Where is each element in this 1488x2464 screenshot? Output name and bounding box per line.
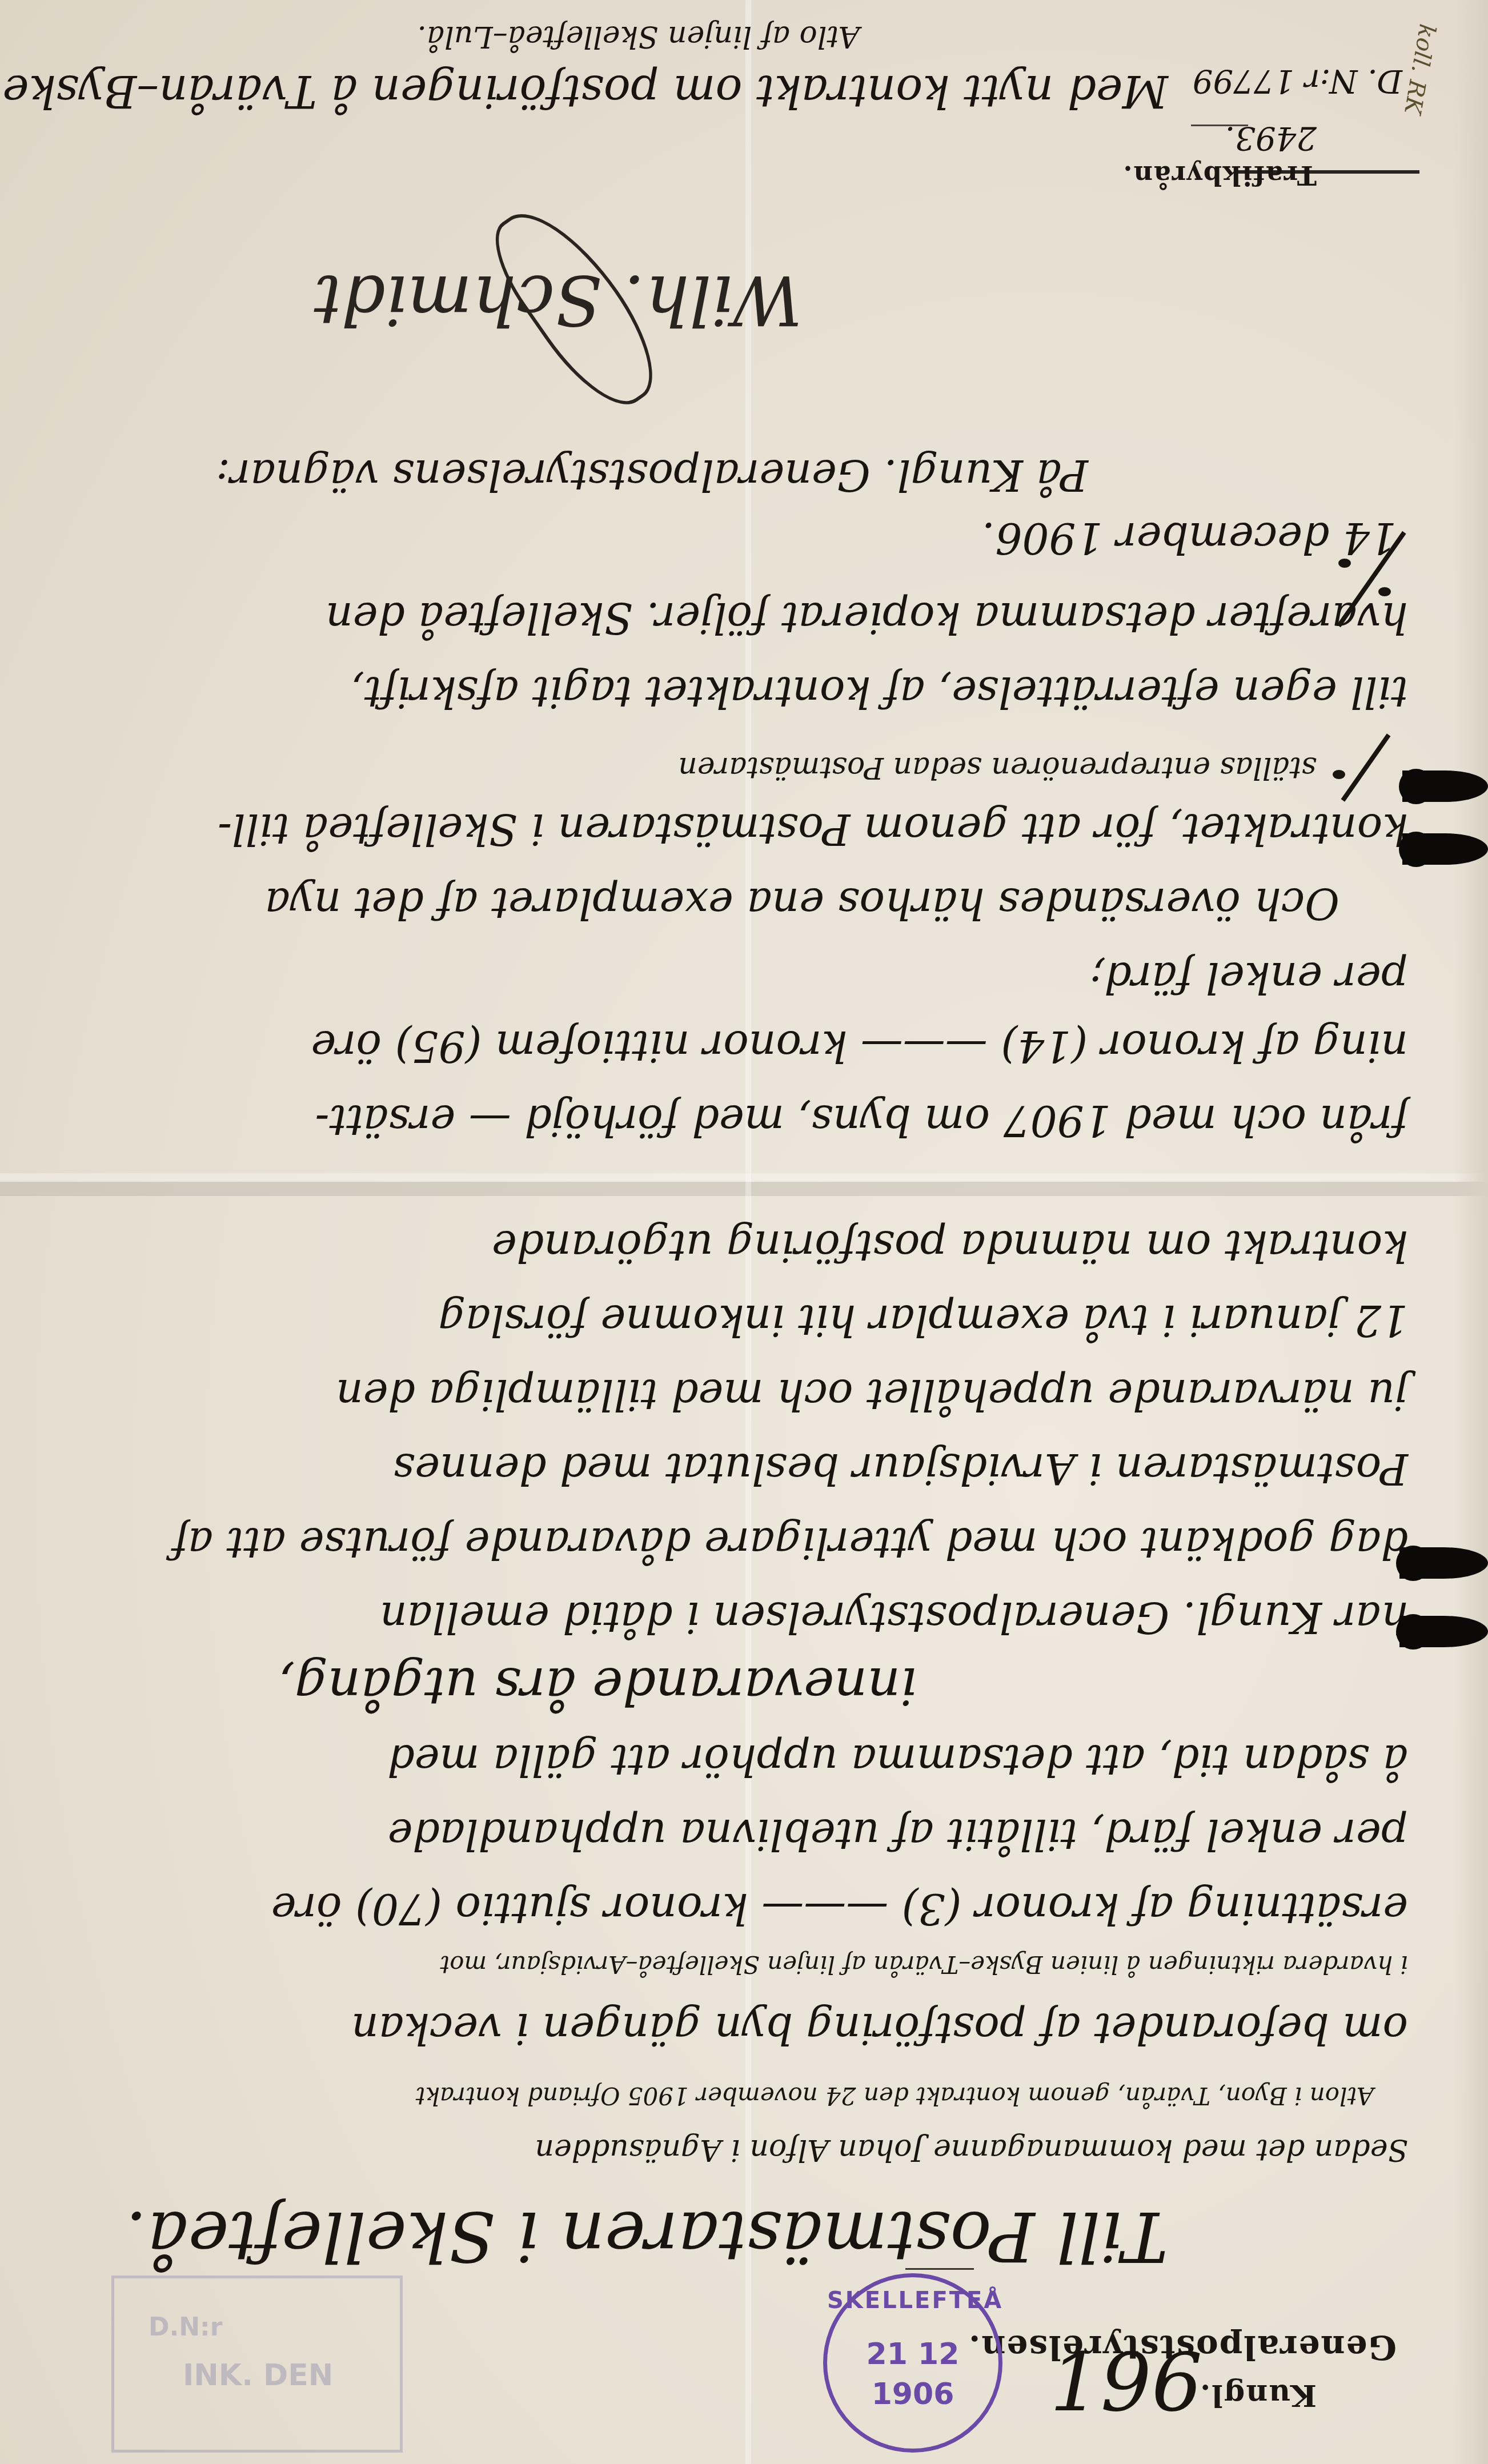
punch-hole [1402,833,1488,865]
department-label: Trafikbyrån. [1122,160,1317,191]
punch-hole [1399,1547,1488,1579]
body-line: per enkel färd; [1090,953,1408,1002]
body-line: från och med 1907 om byns, med förhöjd —… [315,1095,1408,1145]
paper-edge-shadow [1454,0,1488,2464]
postmark-stamp: SKELLEFTEÅ 21 12 1906 [823,2273,1002,2453]
punch-hole [1402,770,1488,802]
body-line: till egen efterrättelse, af kontraktet t… [351,667,1408,716]
margin-dot [1378,587,1391,596]
dnr-label: D. N:r [1305,62,1402,99]
body-line: ställas entreprenören sedan Postmästaren [678,751,1317,785]
faded-receipt-stamp: D.N:r INK. DEN [111,2276,403,2453]
body-line: kontraktet, för att genom Postmästaren i… [218,804,1408,853]
margin-slash-mark [1341,733,1391,801]
body-line: om beforandet af postföring byn gängen i… [351,2004,1408,2053]
body-line: har Kungl. Generalpoststyrelsen i dåtid … [380,1592,1408,1642]
diary-sub-number: 2493. [1225,119,1317,156]
body-line: Atlon i Byon, Tvärån, genom kontrakt den… [416,2082,1374,2110]
body-line: 12 januari i två exemplar hit inkomne fö… [438,1295,1408,1345]
body-line: ersättning af kronor (3) ——— kronor sjut… [271,1884,1408,1933]
salutation: Till Postmästaren i Skellefteå. [126,2196,1168,2276]
diary-number-label: D. N:r 17799 [1193,62,1402,99]
registry-number: 196 [1050,2337,1202,2430]
footnote-line: Atlo af linjen Skellefteå–Lulå. [418,19,860,54]
letterhead-kungl: Kungl. [1199,2378,1317,2413]
body-line: i hvardera riktningen å linien Byske–Tvä… [440,1951,1408,1979]
body-line: innevarande års utgång, [278,1656,917,1716]
letter-date: 14 december 1906. [982,513,1397,562]
margin-dot [1333,770,1345,779]
body-line: dag godkänt och med ytterligare dåvarand… [173,1518,1408,1567]
margin-dot [1338,559,1351,568]
body-line: ju närvarande uppehållet och med tillämp… [336,1370,1408,1419]
body-line: Sedan det med kommanaganne Johan Alfon i… [535,2133,1408,2167]
footnote-line: Med nytt kontrakt om postföringen å Tvär… [2,65,1168,117]
on-behalf-line: På Kungl. Generalpoststyrelsens vägnar: [216,450,1088,499]
faded-stamp-line: D.N:r [149,2313,222,2342]
punch-hole [1399,1616,1488,1647]
body-line: per enkel färd, tillåtit af uteblivna up… [388,1809,1408,1859]
body-line: hvarefter detsamma kopierat följer. Skel… [326,593,1408,642]
body-line: å sådan tid, att detsamma upphör att gäl… [387,1735,1408,1784]
postmark-date: 21 12 [827,2337,998,2371]
body-line: Postmästaren i Arvidsjaur beslutat med d… [393,1444,1408,1493]
faded-stamp-line: INK. DEN [183,2358,333,2393]
postmark-year: 1906 [827,2377,998,2411]
body-line: ning af kronor (14) ——— kronor nittiofem… [311,1021,1408,1070]
scanned-letter-page: Kungl. Generalpoststyrelsen. Till Postmä… [0,0,1488,2464]
postmark-town: SKELLEFTEÅ [827,2288,998,2314]
body-line: Och översändes härhos ena exemplaret af … [265,878,1339,928]
body-line: kontrakt om nämnda postföring utgörande [492,1221,1408,1270]
corner-annotation: koll. RK [1399,22,1441,117]
dnr-number: 17799 [1193,62,1294,99]
